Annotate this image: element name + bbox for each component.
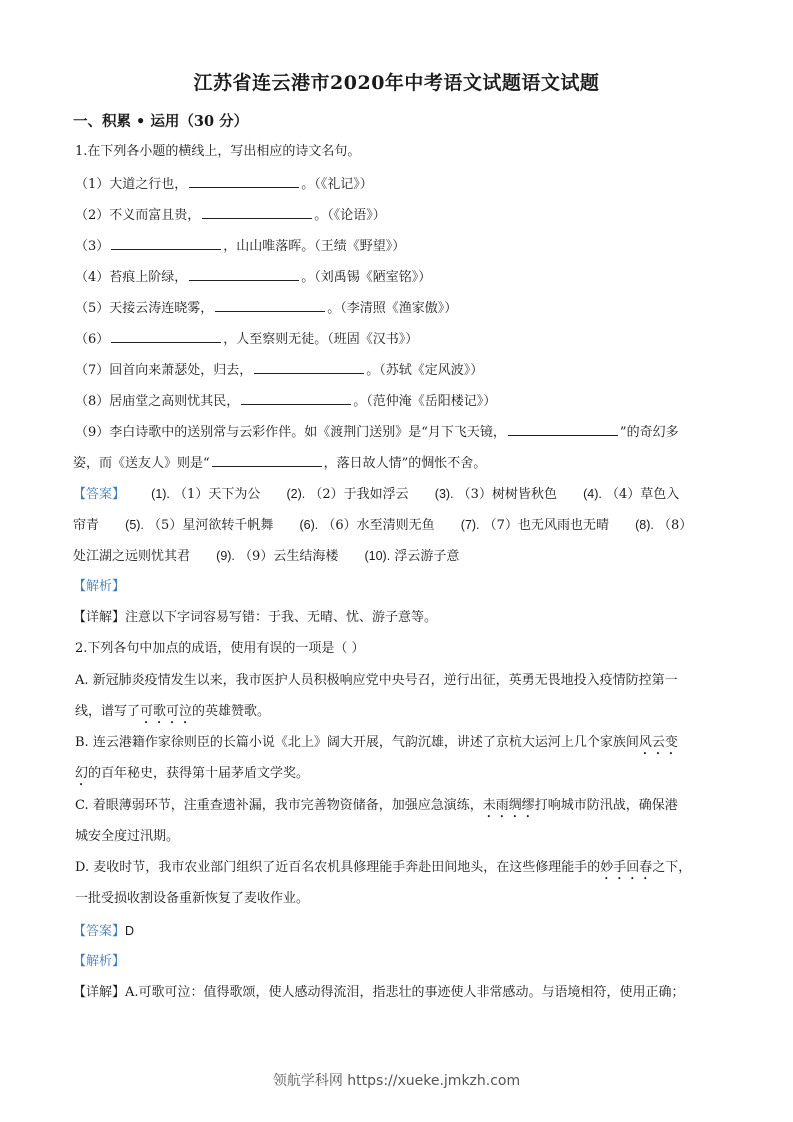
footer-watermark: 领航学科网 https://xueke.jmkzh.com <box>0 1070 793 1090</box>
q2-option-b-line1: B. 连云港籍作家徐则臣的长篇小说《北上》阔大开展，气韵沉雄，讲述了京杭大运河上… <box>75 734 725 758</box>
q2-option-c-line1: C. 着眼薄弱环节，注重查遗补漏，我市完善物资储备，加强应急演练，未雨绸缪打响城… <box>75 797 725 821</box>
answer-blank <box>189 174 299 188</box>
answer-text: （4）草色入 <box>606 487 679 502</box>
item-text: ”的奇幻多 <box>620 425 679 440</box>
answer-number: (4). <box>583 487 602 501</box>
q2-option-d-line2: 一批受损收割设备重新恢复了麦收作业。 <box>75 890 725 908</box>
item-text: （8）居庙堂之高则忧其民， <box>75 394 239 409</box>
q1-item-7: （7）回首向来萧瑟处，归去，。（苏轼《定风波》） <box>75 360 725 380</box>
item-source: 。（刘禹锡《陋室铭》） <box>301 270 431 285</box>
answer-blank <box>212 453 322 467</box>
answer-number: (8). <box>635 518 654 532</box>
answer-number: (9). <box>216 549 235 563</box>
q1-item-5: （5）天接云涛连晓雾，。（李清照《渔家傲》） <box>75 298 725 318</box>
item-source: 。（范仲淹《岳阳楼记》） <box>353 394 496 409</box>
detail-label: 【详解】 <box>73 610 125 625</box>
answer-text: （1）天下为公 <box>174 487 260 502</box>
answer-text: （2）于我如浮云 <box>309 487 408 502</box>
dotted-idiom: 妙手回春 <box>600 860 652 875</box>
q2-option-a-line2: 线，谱写了可歌可泣的英雄赞歌。 <box>75 703 725 727</box>
item-source: ，人至察则无徒。（班固《汉书》） <box>223 332 418 347</box>
q1-item-3: （3），山山唯落晖。（王绩《野望》） <box>75 236 725 256</box>
detail-text: A.可歌可泣：值得歌颂，使人感动得流泪，指悲壮的事迹使人非常感动。与语境相符，使… <box>125 985 685 1000</box>
answer-text: （9）云生结海楼 <box>239 549 338 564</box>
answer-blank <box>111 236 221 250</box>
q1-item-9-line2: 姿，而《送友人》则是“，落日故人情”的惆怅不舍。 <box>73 453 723 473</box>
q1-item-4: （4）苔痕上阶绿，。（刘禹锡《陋室铭》） <box>75 267 725 287</box>
question-2-stem: 2.下列各句中加点的成语，使用有误的一项是（ ） <box>75 640 725 658</box>
dotted-idiom: 可歌可泣 <box>140 704 192 719</box>
dotted-idiom: 未雨绸缪 <box>483 798 535 813</box>
option-text: 的英雄赞歌。 <box>192 704 270 719</box>
option-text: 线，谱写了 <box>75 704 140 719</box>
dotted-idiom: 风云变 <box>639 735 678 750</box>
q1-item-6: （6），人至察则无徒。（班固《汉书》） <box>75 329 725 349</box>
option-text: 之下， <box>652 860 691 875</box>
item-text: ，落日故人情”的惆怅不舍。 <box>324 456 487 471</box>
answer-label: 【答案】 <box>73 924 125 939</box>
answer-value: D <box>125 924 134 938</box>
option-text: 的百年秘史，获得第十届茅盾文学奖。 <box>88 766 309 781</box>
q2-answer: 【答案】D <box>73 922 723 941</box>
section-heading: 一、积累 • 运用（30 分） <box>73 110 248 131</box>
detail-label: 【详解】 <box>73 985 125 1000</box>
answer-number: (10). <box>364 549 390 563</box>
option-text: C. 着眼薄弱环节，注重查遗补漏，我市完善物资储备，加强应急演练， <box>75 798 483 813</box>
answer-number: (5). <box>125 518 144 532</box>
answer-blank <box>189 267 299 281</box>
answer-text: （7）也无风雨也无晴 <box>484 518 609 533</box>
q2-analysis-label: 【解析】 <box>73 953 723 971</box>
answer-blank <box>202 205 312 219</box>
q1-answer-line1: 【答案】 (1). （1）天下为公 (2). （2）于我如浮云 (3). （3）… <box>73 485 723 504</box>
item-text: （9）李白诗歌中的送别常与云彩作伴。如《渡荆门送别》是“月下飞天镜， <box>75 425 506 440</box>
item-source: 。（苏轼《定风波》） <box>366 363 483 378</box>
option-text: 打响城市防汛战，确保港 <box>535 798 678 813</box>
answer-label: 【答案】 <box>73 487 125 502</box>
answer-text: （6）水至清则无鱼 <box>322 518 434 533</box>
question-1-stem: 1.在下列各小题的横线上，写出相应的诗文名句。 <box>75 143 725 161</box>
answer-blank <box>508 422 618 436</box>
answer-text: （5）星河欲转千帆舞 <box>148 518 273 533</box>
answer-text: 浮云游子意 <box>394 549 459 564</box>
q2-option-d-line1: D. 麦收时节，我市农业部门组织了近百名农机具修理能手奔赴田间地头，在这些修理能… <box>75 859 725 883</box>
item-text: （7）回首向来萧瑟处，归去， <box>75 363 252 378</box>
item-source: 。（《论语》） <box>314 208 386 223</box>
answer-number: (7). <box>461 518 480 532</box>
answer-text: （8） <box>658 518 692 533</box>
q1-analysis-label: 【解析】 <box>73 578 723 596</box>
item-text: （1）大道之行也， <box>75 177 187 192</box>
item-source: 。（《礼记》） <box>301 177 373 192</box>
page-title: 江苏省连云港市2020年中考语文试题语文试题 <box>0 68 793 95</box>
item-text: （4）苔痕上阶绿， <box>75 270 187 285</box>
q1-item-8: （8）居庙堂之高则忧其民，。（范仲淹《岳阳楼记》） <box>75 391 725 411</box>
q2-option-b-line2: 幻的百年秘史，获得第十届茅盾文学奖。 <box>75 765 725 789</box>
option-text: B. 连云港籍作家徐则臣的长篇小说《北上》阔大开展，气韵沉雄，讲述了京杭大运河上… <box>75 735 639 750</box>
q1-item-1: （1）大道之行也，。（《礼记》） <box>75 174 725 194</box>
document-page: 江苏省连云港市2020年中考语文试题语文试题 一、积累 • 运用（30 分） 1… <box>0 0 793 1122</box>
answer-number: (1). <box>151 487 170 501</box>
q1-answer-line2: 帘青 (5). （5）星河欲转千帆舞 (6). （6）水至清则无鱼 (7). （… <box>73 516 723 535</box>
dotted-idiom: 幻 <box>75 766 88 781</box>
q1-item-9-line1: （9）李白诗歌中的送别常与云彩作伴。如《渡荆门送别》是“月下飞天镜，”的奇幻多 <box>75 422 725 442</box>
option-text: D. 麦收时节，我市农业部门组织了近百名农机具修理能手奔赴田间地头，在这些修理能… <box>75 860 600 875</box>
answer-text: 帘青 <box>73 518 99 533</box>
item-source: 。（李清照《渔家傲》） <box>327 301 457 316</box>
answer-blank <box>215 298 325 312</box>
item-text: （5）天接云涛连晓雾， <box>75 301 213 316</box>
answer-blank <box>254 360 364 374</box>
item-text: （2）不义而富且贵， <box>75 208 200 223</box>
answer-text: （3）树树皆秋色 <box>458 487 557 502</box>
q2-option-c-line2: 城安全度过汛期。 <box>75 828 725 846</box>
answer-number: (2). <box>286 487 305 501</box>
q2-detail: 【详解】A.可歌可泣：值得歌颂，使人感动得流泪，指悲壮的事迹使人非常感动。与语境… <box>73 984 723 1002</box>
item-text: （6） <box>75 332 109 347</box>
item-text: （3） <box>75 239 109 254</box>
detail-text: 注意以下字词容易写错：于我、无晴、忧、游子意等。 <box>125 610 437 625</box>
item-source: ，山山唯落晖。（王绩《野望》） <box>223 239 405 254</box>
answer-blank <box>241 391 351 405</box>
answer-text: 处江湖之远则忧其君 <box>73 549 190 564</box>
answer-number: (6). <box>299 518 318 532</box>
q1-item-2: （2）不义而富且贵，。（《论语》） <box>75 205 725 225</box>
q1-answer-line3: 处江湖之远则忧其君 (9). （9）云生结海楼 (10). 浮云游子意 <box>73 547 723 566</box>
answer-number: (3). <box>435 487 454 501</box>
q2-option-a-line1: A. 新冠肺炎疫情发生以来，我市医护人员积极响应党中央号召，逆行出征，英勇无畏地… <box>75 672 725 690</box>
q1-detail: 【详解】注意以下字词容易写错：于我、无晴、忧、游子意等。 <box>73 609 723 627</box>
item-text: 姿，而《送友人》则是“ <box>73 456 210 471</box>
answer-blank <box>111 329 221 343</box>
